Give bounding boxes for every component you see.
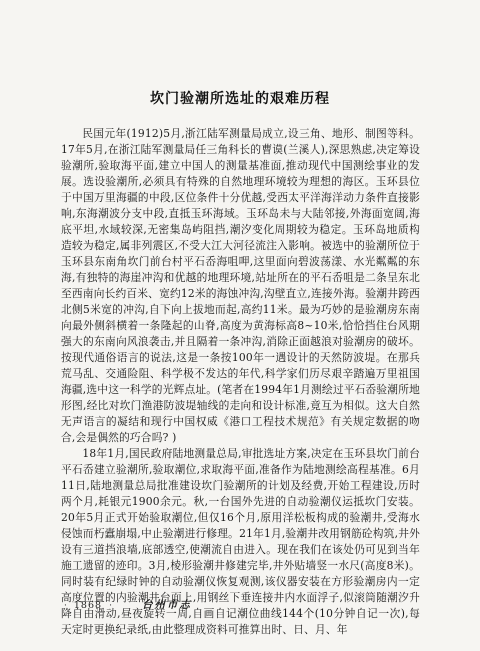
book-page: 坎门验潮所选址的艰难历程 民国元年(1912)5月,浙江陆军测量局成立,设三角、… xyxy=(0,0,480,651)
page-number-group: · 1868 · xyxy=(64,600,112,611)
book-title: 台州市志 xyxy=(142,597,192,612)
page-number-dot-right: · xyxy=(109,601,112,611)
page-footer: · 1868 · 台州市志 xyxy=(64,597,444,612)
article-body: 民国元年(1912)5月,浙江陆军测量局成立,设三角、地形、制图等科。17年5月… xyxy=(61,126,420,638)
paragraph-1: 民国元年(1912)5月,浙江陆军测量局成立,设三角、地形、制图等科。17年5月… xyxy=(61,126,420,446)
page-number: 1868 xyxy=(74,600,102,611)
page-number-dot-left: · xyxy=(64,601,67,611)
page-title: 坎门验潮所选址的艰难历程 xyxy=(0,88,480,108)
